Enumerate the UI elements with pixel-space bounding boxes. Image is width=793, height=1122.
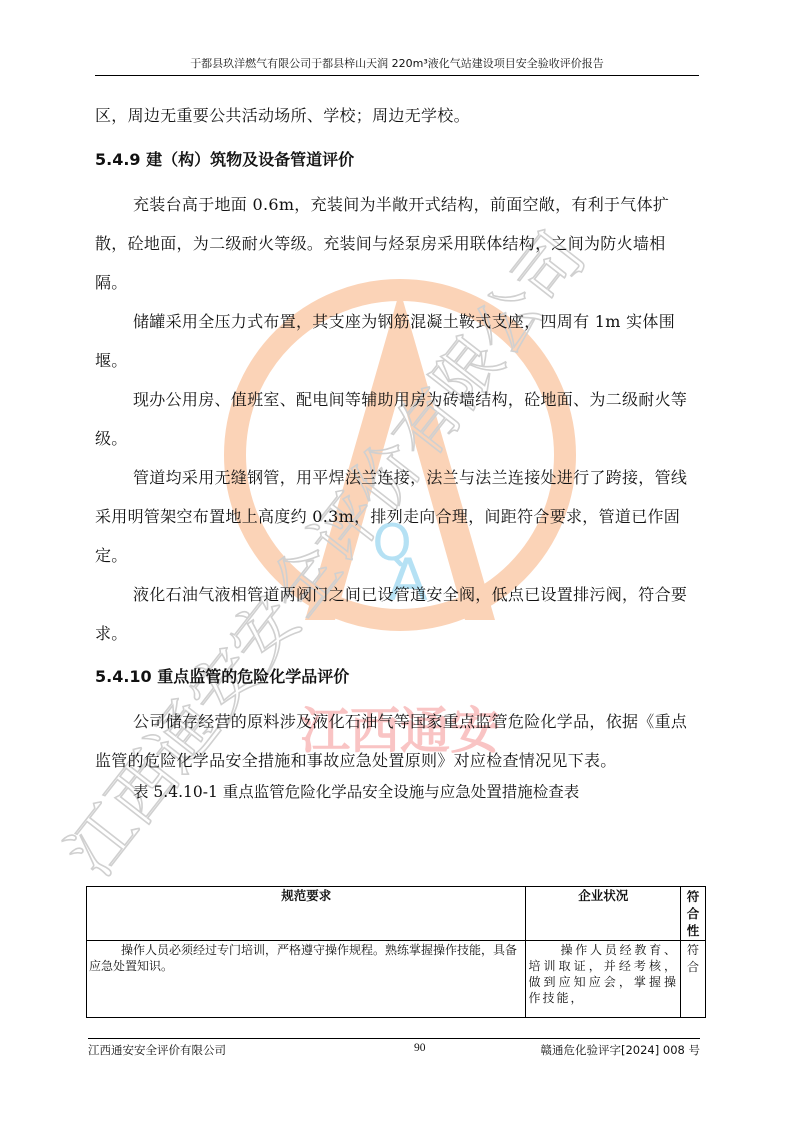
paragraph: 现办公用房、值班室、配电间等辅助用房为砖墙结构，砼地面、为二级耐火等级。 [95,380,695,458]
intro-line: 区，周边无重要公共活动场所、学校；周边无学校。 [95,96,695,135]
page-header: 于都县玖洋燃气有限公司于都县梓山天润 220m³液化气站建设项目安全验收评价报告 [95,56,699,76]
table-caption: 表 5.4.10-1 重点监管危险化学品安全设施与应急处置措施检查表 [95,782,695,802]
paragraph: 公司储存经营的原料涉及液化石油气等国家重点监管危险化学品，依据《重点监管的危险化… [95,702,695,780]
paragraph: 管道均采用无缝钢管，用平焊法兰连接，法兰与法兰连接处进行了跨接，管线采用明管架空… [95,458,695,575]
section-heading-5-4-9: 5.4.9 建（构）筑物及设备管道评价 [95,150,695,170]
paragraph: 液化石油气液相管道两阀门之间已设管道安全阀，低点已设置排污阀，符合要求。 [95,575,695,653]
paragraph: 充装台高于地面 0.6m，充装间为半敞开式结构，前面空敞，有利于气体扩散，砼地面… [95,185,695,302]
document-body: 区，周边无重要公共活动场所、学校；周边无学校。 5.4.9 建（构）筑物及设备管… [95,96,695,802]
header-requirement: 规范要求 [87,887,526,941]
page-number: 90 [414,1042,426,1054]
report-title: 于都县玖洋燃气有限公司于都县梓山天润 220m³液化气站建设项目安全验收评价报告 [190,57,604,70]
cell-compliance: 符 合 [681,941,706,1018]
table-header-row: 规范要求 企业状况 符 合 性 [87,887,706,941]
paragraph: 储罐采用全压力式布置，其支座为钢筋混凝土鞍式支座，四周有 1m 实体围堰。 [95,302,695,380]
document-number: 赣通危化验评字[2024] 008 号 [541,1042,701,1058]
cell-status: 操作人员经教育、培训取证，并经考核，做到应知应会，掌握操作技能， [526,941,681,1018]
footer-company: 江西通安安全评价有限公司 [88,1042,226,1058]
section-heading-5-4-10: 5.4.10 重点监管的危险化学品评价 [95,667,695,687]
header-compliance: 符 合 性 [681,887,706,941]
table-row: 操作人员必须经过专门培训，严格遵守操作规程。熟练掌握操作技能，具备应急处置知识。… [87,941,706,1018]
page-footer: 江西通安安全评价有限公司 90 赣通危化验评字[2024] 008 号 [88,1038,700,1059]
cell-requirement: 操作人员必须经过专门培训，严格遵守操作规程。熟练掌握操作技能，具备应急处置知识。 [87,941,526,1018]
check-table: 规范要求 企业状况 符 合 性 操作人员必须经过专门培训，严格遵守操作规程。熟练… [86,886,706,1018]
header-status: 企业状况 [526,887,681,941]
